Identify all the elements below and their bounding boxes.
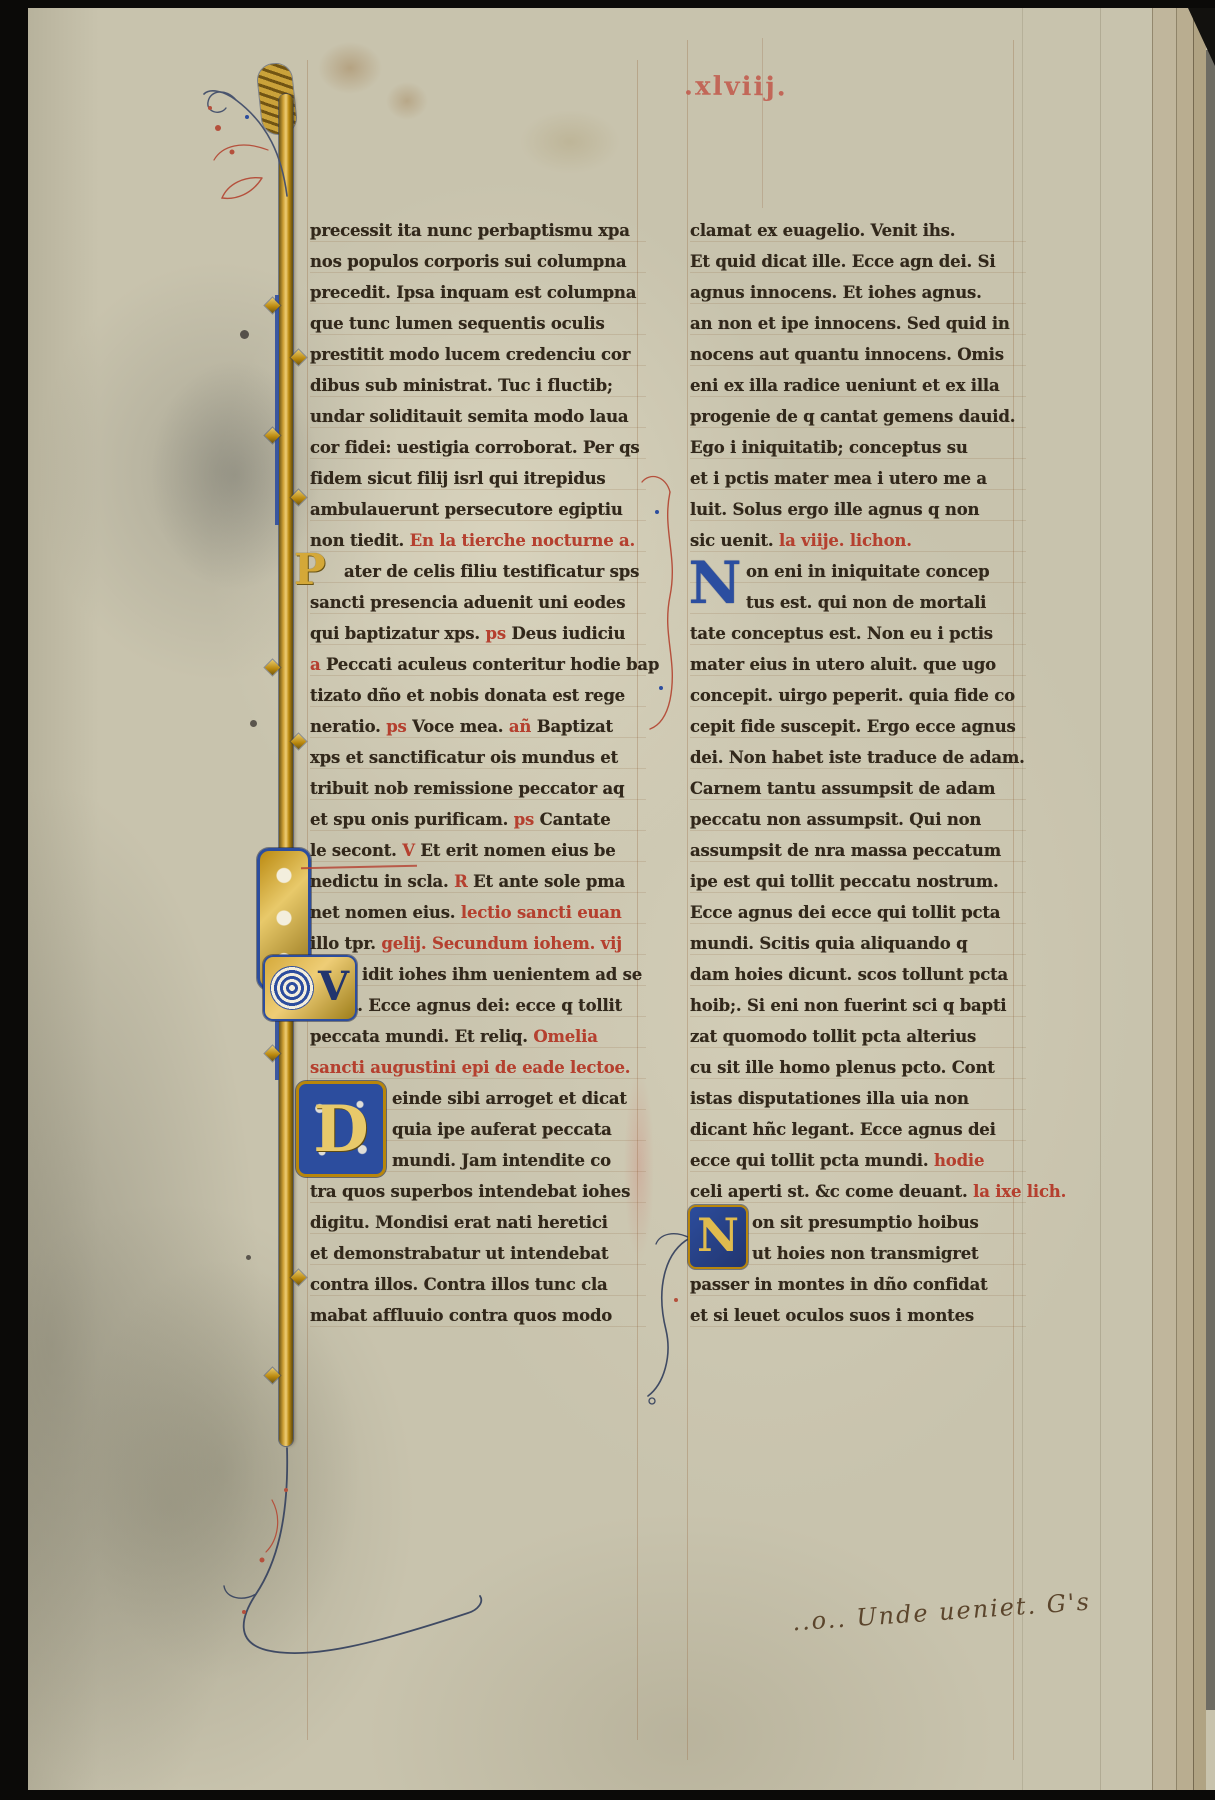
text-line: Ecce agnus dei ecce qui tollit pcta [690,897,1026,928]
rubric-text: la ixe lich. [973,1182,1066,1201]
rubric-text: sancti augustini epi de eade lectoe. [310,1058,630,1077]
text-line: eni ex illa radice ueniunt et ex illa [690,370,1026,401]
border-bar-blue-segment [275,295,279,525]
text-line: cu sit ille homo plenus pcto. Cont [690,1052,1026,1083]
body-text: nos populos corporis sui columpna [310,252,626,271]
text-line: a Peccati aculeus conteritur hodie bap [310,649,646,680]
body-text: tate conceptus est. Non eu i pctis [690,624,993,643]
page-edge-band [1176,8,1193,1790]
body-text: tizato dño et nobis donata est rege [310,686,625,705]
illuminated-initial-non-blue: N [688,552,742,616]
text-line: nedictu in scla. R Et ante sole pma [310,866,646,897]
body-text: ut hoies non transmigret [752,1244,978,1263]
body-text: ater de celis filiu testificatur sps [344,562,639,581]
body-text: sancti presencia aduenit uni eodes [310,593,625,612]
text-line: dei. Non habet iste traduce de adam. [690,742,1026,773]
rubric-text: ps [514,810,540,829]
body-text: et demonstrabatur ut intendebat [310,1244,608,1263]
text-line: prestitit modo lucem credenciu cor [310,339,646,370]
body-text: contra illos. Contra illos tunc cla [310,1275,608,1294]
body-text: on eni in iniquitate concep [746,562,990,581]
body-text: istas disputationes illa uia non [690,1089,969,1108]
body-text: luit. Solus ergo ille agnus q non [690,500,979,519]
page-edge-line [1193,8,1194,1790]
body-text: passer in montes in dño confidat [690,1275,988,1294]
body-text: mundi. Scitis quia aliquando q [690,934,967,953]
text-line: sancti presencia aduenit uni eodes [310,587,646,618]
body-text: cu sit ille homo plenus pcto. Cont [690,1058,995,1077]
body-text: clamat ex euagelio. Venit ihs. [690,221,955,240]
manuscript-photo: { "page": { "folio_number": ".xlviij.", … [0,0,1215,1800]
illuminated-initial-non-gold: N [688,1205,748,1269]
text-line: mundi. Scitis quia aliquando q [690,928,1026,959]
rubric-text: V [402,841,420,860]
text-line: et ait. Ecce agnus dei: ecce q tollit [310,990,646,1021]
illuminated-initial-vidit: V [263,955,357,1021]
text-line: illo tpr. gelij. Secundum iohem. vij [310,928,646,959]
body-text: precedit. Ipsa inquam est columpna [310,283,636,302]
body-text: mater eius in utero aluit. que ugo [690,655,996,674]
stain [386,82,428,120]
rubric-text: gelij. Secundum iohem. vij [381,934,622,953]
text-line: celi aperti st. &c come deuant. la ixe l… [690,1176,1026,1207]
body-text: dicant hñc legant. Ecce agnus dei [690,1120,996,1139]
text-line: precessit ita nunc perbaptismu xpa [310,215,646,246]
text-line: digitu. Mondisi erat nati heretici [310,1207,646,1238]
text-line: precedit. Ipsa inquam est columpna [310,277,646,308]
text-line: qui baptizatur xps. ps Deus iudiciu [310,618,646,649]
body-text: Deus iudiciu [511,624,625,643]
body-text: le secont. [310,841,402,860]
text-line: dam hoies dicunt. scos tollunt pcta [690,959,1026,990]
body-text: Voce mea. [412,717,509,736]
body-text: an non et ipe innocens. Sed quid in [690,314,1010,333]
text-line: progenie de q cantat gemens dauid. [690,401,1026,432]
rubric-text: hodie [934,1151,984,1170]
rubric-text: R [454,872,473,891]
body-text: nocens aut quantu innocens. Omis [690,345,1004,364]
rubric-text: la viije. lichon. [779,531,912,550]
stain [318,42,382,94]
page-edge-band [1152,8,1176,1790]
text-line: le secont. V Et erit nomen eius be [310,835,646,866]
body-text: Et erit nomen eius be [420,841,615,860]
text-line: Et quid dicat ille. Ecce agn dei. Si [690,246,1026,277]
body-text: dei. Non habet iste traduce de adam. [690,748,1025,767]
body-text: cor fidei: uestigia corroborat. Per qs [310,438,640,457]
text-line: ambulauerunt persecutore egiptiu [310,494,646,525]
body-text: xps et sanctificatur ois mundus et [310,748,618,767]
rubric-text: ps [386,717,412,736]
body-text: quia ipe auferat peccata [392,1120,612,1139]
body-text: celi aperti st. &c come deuant. [690,1182,973,1201]
body-text: einde sibi arroget et dicat [392,1089,627,1108]
text-line: cepit fide suscepit. Ergo ecce agnus [690,711,1026,742]
text-line: peccatu non assumpsit. Qui non [690,804,1026,835]
text-line: que tunc lumen sequentis oculis [310,308,646,339]
spiral-ornament [270,966,314,1010]
spot [250,720,257,727]
text-line: sancti augustini epi de eade lectoe. [310,1052,646,1083]
illuminated-initial-deinde: D [296,1081,386,1177]
body-text: hoib;. Si eni non fuerint sci q bapti [690,996,1006,1015]
folio-number: .xlviij. [684,71,788,102]
text-line: fidem sicut filij isrl qui itrepidus [310,463,646,494]
text-line: nocens aut quantu innocens. Omis [690,339,1026,370]
body-text: tra quos superbos intendebat iohes [310,1182,630,1201]
body-text: et si leuet oculos suos i montes [690,1306,974,1325]
body-text: digitu. Mondisi erat nati heretici [310,1213,608,1232]
text-line: idit iohes ihm uenientem ad se [310,959,646,990]
body-text: nedictu in scla. [310,872,454,891]
text-column-2: clamat ex euagelio. Venit ihs.Et quid di… [690,215,1026,1331]
body-text: cepit fide suscepit. Ergo ecce agnus [690,717,1016,736]
rubric-text: Omelia [533,1027,597,1046]
text-line: tribuit nob remissione peccator aq [310,773,646,804]
body-text: ecce qui tollit pcta mundi. [690,1151,934,1170]
page-edge-band [1193,8,1206,1790]
body-text: Ego i iniquitatib; conceptus su [690,438,968,457]
text-line: contra illos. Contra illos tunc cla [310,1269,646,1300]
illuminated-initial-pater: P [294,550,326,590]
rubric-text: lectio sancti euan [461,903,622,922]
body-text: sic uenit. [690,531,779,550]
body-text: concepit. uirgo peperit. quia fide co [690,686,1015,705]
body-text: et spu onis purificam. [310,810,514,829]
text-line: agnus innocens. Et iohes agnus. [690,277,1026,308]
text-line: non tiedit. En la tierche nocturne a. [310,525,646,556]
body-text: ipe est qui tollit peccatu nostrum. [690,872,999,891]
body-text: Peccati aculeus conteritur hodie bap [326,655,659,674]
page-edge-line [1152,8,1153,1790]
text-line: passer in montes in dño confidat [690,1269,1026,1300]
spot [246,1255,251,1260]
text-line: concepit. uirgo peperit. quia fide co [690,680,1026,711]
text-line: zat quomodo tollit pcta alterius [690,1021,1026,1052]
text-line: dibus sub ministrat. Tuc i fluctib; [310,370,646,401]
body-text: dibus sub ministrat. Tuc i fluctib; [310,376,613,395]
body-text: precessit ita nunc perbaptismu xpa [310,221,630,240]
text-line: an non et ipe innocens. Sed quid in [690,308,1026,339]
ruling-line [762,38,763,208]
text-line: cor fidei: uestigia corroborat. Per qs [310,432,646,463]
text-line: et demonstrabatur ut intendebat [310,1238,646,1269]
body-text: progenie de q cantat gemens dauid. [690,407,1015,426]
body-text: Baptizat [537,717,613,736]
body-text: mabat affluuio contra quos modo [310,1306,612,1325]
body-text: on sit presumptio hoibus [752,1213,979,1232]
text-line: hoib;. Si eni non fuerint sci q bapti [690,990,1026,1021]
text-line: peccata mundi. Et reliq. Omelia [310,1021,646,1052]
text-line: tra quos superbos intendebat iohes [310,1176,646,1207]
text-line: nos populos corporis sui columpna [310,246,646,277]
text-line: neratio. ps Voce mea. añ Baptizat [310,711,646,742]
body-text: fidem sicut filij isrl qui itrepidus [310,469,606,488]
stain [520,110,620,174]
body-text: net nomen eius. [310,903,461,922]
text-line: ater de celis filiu testificatur sps [310,556,646,587]
text-line: clamat ex euagelio. Venit ihs. [690,215,1026,246]
text-line: net nomen eius. lectio sancti euan [310,897,646,928]
text-line: et i pctis mater mea i utero me a [690,463,1026,494]
text-line: et spu onis purificam. ps Cantate [310,804,646,835]
body-text: Ecce agnus dei ecce qui tollit pcta [690,903,1000,922]
text-line: dicant hñc legant. Ecce agnus dei [690,1114,1026,1145]
body-text: eni ex illa radice ueniunt et ex illa [690,376,999,395]
text-line: tate conceptus est. Non eu i pctis [690,618,1026,649]
text-line: luit. Solus ergo ille agnus q non [690,494,1026,525]
body-text: Et quid dicat ille. Ecce agn dei. Si [690,252,995,271]
text-line: ipe est qui tollit peccatu nostrum. [690,866,1026,897]
text-line: xps et sanctificatur ois mundus et [310,742,646,773]
page-edge-line [1176,8,1177,1790]
body-text: zat quomodo tollit pcta alterius [690,1027,976,1046]
body-text: et i pctis mater mea i utero me a [690,469,987,488]
body-text: idit iohes ihm uenientem ad se [362,965,642,984]
body-text: Cantate [540,810,611,829]
spot [240,330,249,339]
body-text: peccatu non assumpsit. Qui non [690,810,981,829]
text-line: Carnem tantu assumpsit de adam [690,773,1026,804]
body-text: prestitit modo lucem credenciu cor [310,345,630,364]
text-line: et si leuet oculos suos i montes [690,1300,1026,1331]
text-line: undar soliditauit semita modo laua [310,401,646,432]
body-text: tribuit nob remissione peccator aq [310,779,624,798]
body-text: Carnem tantu assumpsit de adam [690,779,995,798]
text-line: tizato dño et nobis donata est rege [310,680,646,711]
body-text: undar soliditauit semita modo laua [310,407,628,426]
text-line: mabat affluuio contra quos modo [310,1300,646,1331]
body-text: que tunc lumen sequentis oculis [310,314,605,333]
body-text: dam hoies dicunt. scos tollunt pcta [690,965,1008,984]
text-line: Ego i iniquitatib; conceptus su [690,432,1026,463]
body-text: agnus innocens. Et iohes agnus. [690,283,982,302]
ruling-line [687,40,688,1760]
body-text: illo tpr. [310,934,381,953]
page-edge-line [1100,8,1101,1790]
rubric-text: ps [485,624,511,643]
body-text: assumpsit de nra massa peccatum [690,841,1001,860]
body-text: peccata mundi. Et reliq. [310,1027,533,1046]
rubric-text: añ [509,717,537,736]
text-line: ecce qui tollit pcta mundi. hodie [690,1145,1026,1176]
rubric-text: a [310,655,326,674]
illuminated-border-bar [279,94,293,1446]
body-text: tus est. qui non de mortali [746,593,986,612]
table-background-sliver [1206,50,1215,1710]
body-text: mundi. Jam intendite co [392,1151,611,1170]
body-text: ambulauerunt persecutore egiptiu [310,500,623,519]
body-text: neratio. [310,717,386,736]
rubric-text: En la tierche nocturne a. [410,531,635,550]
text-line: mater eius in utero aluit. que ugo [690,649,1026,680]
body-text: qui baptizatur xps. [310,624,485,643]
body-text: Et ante sole pma [473,872,625,891]
text-line: assumpsit de nra massa peccatum [690,835,1026,866]
text-line: istas disputationes illa uia non [690,1083,1026,1114]
